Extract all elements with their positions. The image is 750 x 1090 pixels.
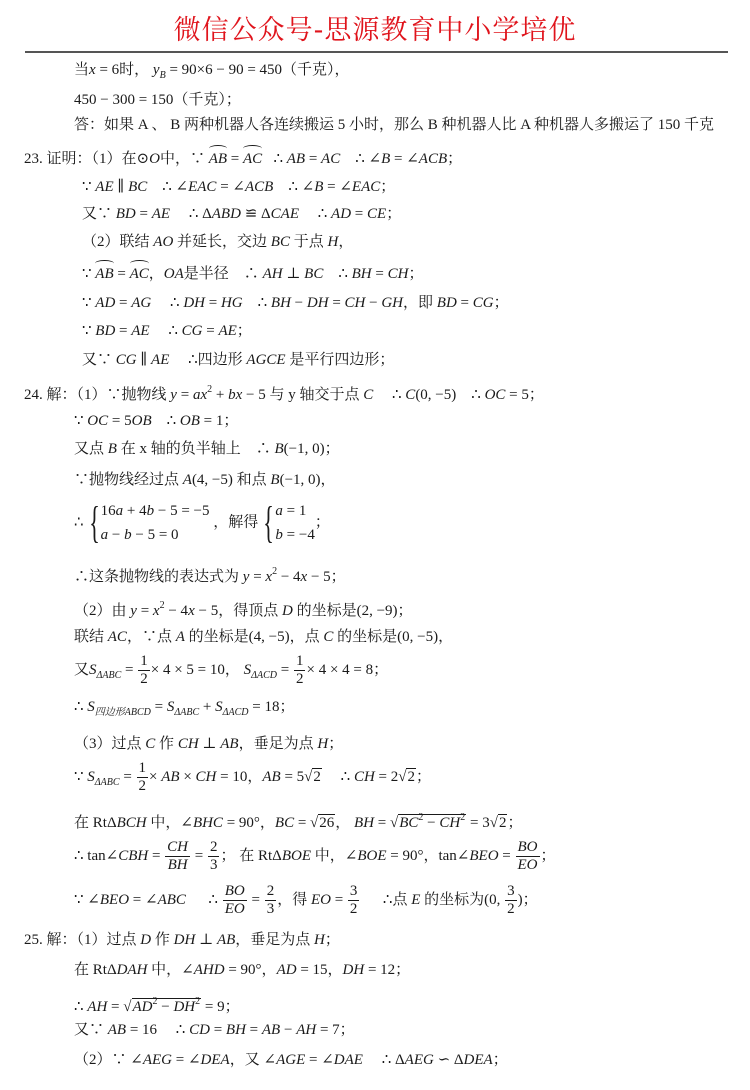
q25-line-1: 25. 解：（1）过点 D 作 DH ⊥ AB，垂足为点 H；	[24, 930, 340, 950]
q22-line-1: 当x = 6时， yB = 90×6 − 90 = 450（千克），	[74, 60, 350, 86]
q25-line-2: 在 RtΔDAH 中，∠AHD = 90°，AD = 15，DH = 12；	[74, 960, 410, 980]
q24-line-1: 24. 解：（1）∵抛物线 y = ax2 + bx − 5 与 y 轴交于点 …	[24, 380, 544, 405]
q25-line-4: 又∵ AB = 16 ∴ CD = BH = AB − AH = 7；	[74, 1020, 355, 1040]
question-number: 25.	[24, 932, 43, 948]
question-number: 24.	[24, 387, 43, 403]
q24-line-3: 又点 B 在 x 轴的负半轴上 ∴ B(−1, 0)；	[74, 439, 340, 459]
q23-line-3: 又∵ BD = AE ∴ ΔABD ≌ ΔCAE ∴ AD = CE；	[82, 204, 401, 224]
q25-line-5: （2）∵ ∠AEG = ∠DEA，又 ∠AGE = ∠DAE ∴ ΔAEG ∽ …	[74, 1050, 508, 1070]
q24-line-7: （2）由 y = x2 − 4x − 5，得顶点 D 的坐标是(2, −9)；	[74, 596, 413, 621]
header-divider	[25, 51, 728, 53]
q24-system-of-equations: ∴{16a + 4b − 5 = −5a − b − 5 = 0 ，解得{a =…	[74, 499, 330, 547]
q22-answer: 答：如果 A 、 B 两种机器人各连续搬运 5 小时，那么 B 种机器人比 A …	[74, 115, 714, 135]
q24-line-13: 在 RtΔBCH 中，∠BHC = 90°，BC = √26， BH = √BC…	[74, 808, 522, 833]
q23-line-4: （2）联结 AO 并延长，交边 BC 于点 H，	[82, 232, 353, 252]
q24-line-9: 又SΔABC = 12× 4 × 5 = 10， SΔACD = 12× 4 ×…	[74, 650, 388, 696]
q23-line-2: ∵ AE ∥ BC ∴ ∠EAC = ∠ACB ∴ ∠B = ∠EAC；	[82, 177, 395, 197]
q24-line-10: ∴ S四边形ABCD = SΔABC + SΔACD = 18；	[74, 697, 294, 723]
q23-line-8: 又∵ CG ∥ AE ∴四边形 AGCE 是平行四边形；	[82, 350, 394, 370]
q23-line-1: 23. 证明：（1）在⊙O中，∵ AB = AC ∴ AB = AC ∴ ∠B …	[24, 149, 462, 169]
header-title: 微信公众号-思源教育中小学培优	[0, 14, 750, 48]
q24-line-12: ∵ SΔABC = 12× AB × CH = 10，AB = 5√2 ∴ CH…	[74, 757, 431, 803]
q24-line-6: ∴这条抛物线的表达式为 y = x2 − 4x − 5；	[74, 562, 346, 587]
q24-line-8: 联结 AC，∵点 A 的坐标是(4, −5)，点 C 的坐标是(0, −5)，	[74, 627, 453, 647]
q24-line-15: ∵ ∠BEO = ∠ABC ∴ BOEO = 23，得 EO = 32 ∴点 E…	[74, 880, 538, 920]
q23-line-6: ∵ AD = AG ∴ DH = HG ∴ BH − DH = CH − GH，…	[82, 293, 509, 313]
q22-line-2: 450 − 300 = 150（千克）；	[74, 90, 241, 110]
q24-line-2: ∵ OC = 5OB ∴ OB = 1；	[74, 411, 238, 431]
q24-line-14: ∴ tan∠CBH = CHBH = 23； 在 RtΔBOE 中，∠BOE =…	[74, 836, 556, 876]
q25-line-3: ∴ AH = √AD2 − DH2 = 9；	[74, 992, 240, 1017]
question-number: 23.	[24, 151, 43, 167]
q23-line-7: ∵ BD = AE ∴ CG = AE；	[82, 321, 252, 341]
q24-line-4: ∵抛物线经过点 A(4, −5) 和点 B(−1, 0)，	[74, 470, 336, 490]
q24-line-11: （3）过点 C 作 CH ⊥ AB，垂足为点 H；	[74, 734, 343, 754]
q23-line-5: ∵ AB = AC，OA是半径 ∴ AH ⊥ BC ∴ BH = CH；	[82, 264, 423, 284]
